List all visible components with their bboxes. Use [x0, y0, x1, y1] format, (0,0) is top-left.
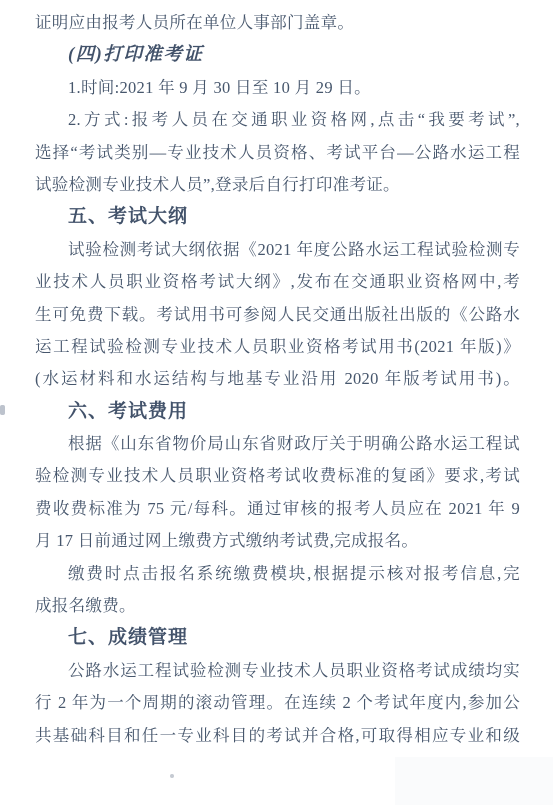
text-line: 验检测专业技术人员职业资格考试收费标准的复函》要求,考试 [35, 460, 520, 492]
document-page: 证明应由报考人员所在单位人事部门盖章。 (四)打印准考证 1.时间:2021 年… [0, 0, 553, 805]
scan-artifact-speck [0, 405, 5, 415]
text-line: 运工程试验检测专业技术人员职业资格考试用书(2021 年版)》 [35, 331, 520, 363]
text-line: 生可免费下载。考试用书可参阅人民交通出版社出版的《公路水 [35, 299, 520, 331]
scan-artifact-dot [170, 774, 174, 778]
text-line: 成报名缴费。 [35, 590, 520, 622]
text-line: 共基础科目和任一专业科目的考试并合格,可取得相应专业和级 [35, 720, 520, 752]
section-heading-score-management: 七、成绩管理 [35, 622, 520, 654]
text-line: 试验检测考试大纲依据《2021 年度公路水运工程试验检测专 [35, 234, 520, 266]
text-line: 业技术人员职业资格考试大纲》,发布在交通职业资格网中,考 [35, 266, 520, 298]
subsection-heading-print-ticket: (四)打印准考证 [35, 39, 520, 71]
text-line: 缴费时点击报名系统缴费模块,根据提示核对报考信息,完 [35, 558, 520, 590]
scan-artifact-shade [395, 757, 553, 805]
section-heading-exam-syllabus: 五、考试大纲 [35, 201, 520, 233]
text-line: 试验检测专业技术人员”,登录后自行打印准考证。 [35, 169, 520, 201]
text-line: 1.时间:2021 年 9 月 30 日至 10 月 29 日。 [35, 72, 520, 104]
text-line: 根据《山东省物价局山东省财政厅关于明确公路水运工程试 [35, 428, 520, 460]
text-line: (水运材料和水运结构与地基专业沿用 2020 年版考试用书)。 [35, 363, 520, 395]
text-line: 行 2 年为一个周期的滚动管理。在连续 2 个考试年度内,参加公 [35, 687, 520, 719]
text-line: 选择“考试类别—专业技术人员资格、考试平台—公路水运工程 [35, 137, 520, 169]
section-heading-exam-fee: 六、考试费用 [35, 396, 520, 428]
text-line: 公路水运工程试验检测专业技术人员职业资格考试成绩均实 [35, 655, 520, 687]
text-line: 2.方式:报考人员在交通职业资格网,点击“我要考试”, [35, 104, 520, 136]
text-line: 费收费标准为 75 元/每科。通过审核的报考人员应在 2021 年 9 [35, 493, 520, 525]
text-line: 证明应由报考人员所在单位人事部门盖章。 [35, 7, 520, 39]
text-line: 月 17 日前通过网上缴费方式缴纳考试费,完成报名。 [35, 525, 520, 557]
